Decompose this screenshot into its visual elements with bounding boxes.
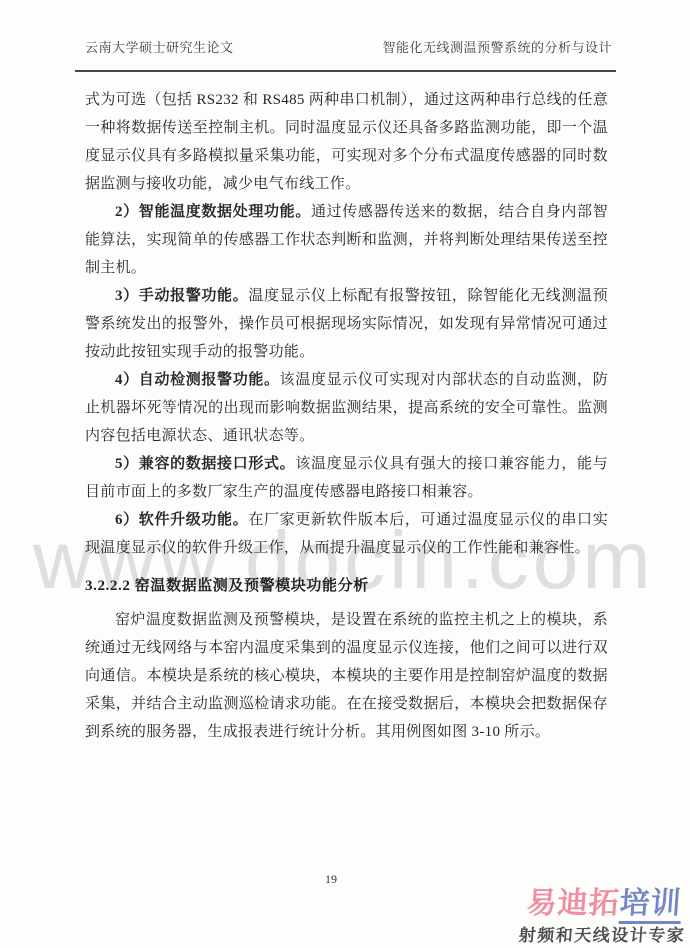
- paragraph-item-3: 3）手动报警功能。温度显示仪上标配有报警按钮，除智能化无线测温预警系统发出的报警…: [85, 282, 608, 366]
- document-page: www.docin.com 云南大学硕士研究生论文 智能化无线测温预警系统的分析…: [0, 0, 690, 948]
- header-right-running-title: 智能化无线测温预警系统的分析与设计: [382, 37, 612, 56]
- paragraph-item-2: 2）智能温度数据处理功能。通过传感器传送来的数据，结合自身内部智能算法，实现简单…: [85, 198, 608, 282]
- paragraph-lead: 3）手动报警功能。: [115, 288, 248, 304]
- body-text: 式为可选（包括 RS232 和 RS485 两种串口机制），通过这两种串行总线的…: [85, 86, 608, 746]
- header-left-running-title: 云南大学硕士研究生论文: [85, 37, 234, 56]
- paragraph-item-6: 6）软件升级功能。在厂家更新软件版本后，可通过温度显示仪的串口实现温度显示仪的软…: [85, 506, 608, 562]
- paragraph-lead: 6）软件升级功能。: [115, 512, 248, 528]
- paragraph-lead: 4）自动检测报警功能。: [115, 372, 280, 388]
- paragraph-item-4: 4）自动检测报警功能。该温度显示仪可实现对内部状态的自动监测，防止机器坏死等情况…: [85, 366, 608, 450]
- yiditop-logo: 易迪拓培训 射频和天线设计专家: [517, 888, 688, 946]
- section-heading: 3.2.2.2 窑温数据监测及预警模块功能分析: [85, 572, 608, 600]
- logo-wordmark: 易迪拓培训: [519, 888, 688, 920]
- logo-text-blue: 培训: [618, 887, 683, 924]
- paragraph-lead: 2）智能温度数据处理功能。: [115, 204, 311, 220]
- paragraph-lead: 5）兼容的数据接口形式。: [115, 456, 295, 472]
- page-number: 19: [0, 872, 662, 887]
- paragraph-text: 窑炉温度数据监测及预警模块，是设置在系统的监控主机之上的模块，系统通过无线网络与…: [85, 612, 608, 740]
- header-rule: [75, 70, 616, 72]
- logo-text-pink: 易迪拓: [525, 887, 620, 920]
- page-header: 云南大学硕士研究生论文 智能化无线测温预警系统的分析与设计: [85, 37, 612, 56]
- paragraph-text: 式为可选（包括 RS232 和 RS485 两种串口机制），通过这两种串行总线的…: [85, 92, 608, 192]
- paragraph-item-5: 5）兼容的数据接口形式。该温度显示仪具有强大的接口兼容能力，能与目前市面上的多数…: [85, 450, 608, 506]
- logo-tagline: 射频和天线设计专家: [517, 921, 685, 946]
- paragraph-continuation: 式为可选（包括 RS232 和 RS485 两种串口机制），通过这两种串行总线的…: [85, 86, 608, 198]
- section-paragraph: 窑炉温度数据监测及预警模块，是设置在系统的监控主机之上的模块，系统通过无线网络与…: [85, 606, 608, 746]
